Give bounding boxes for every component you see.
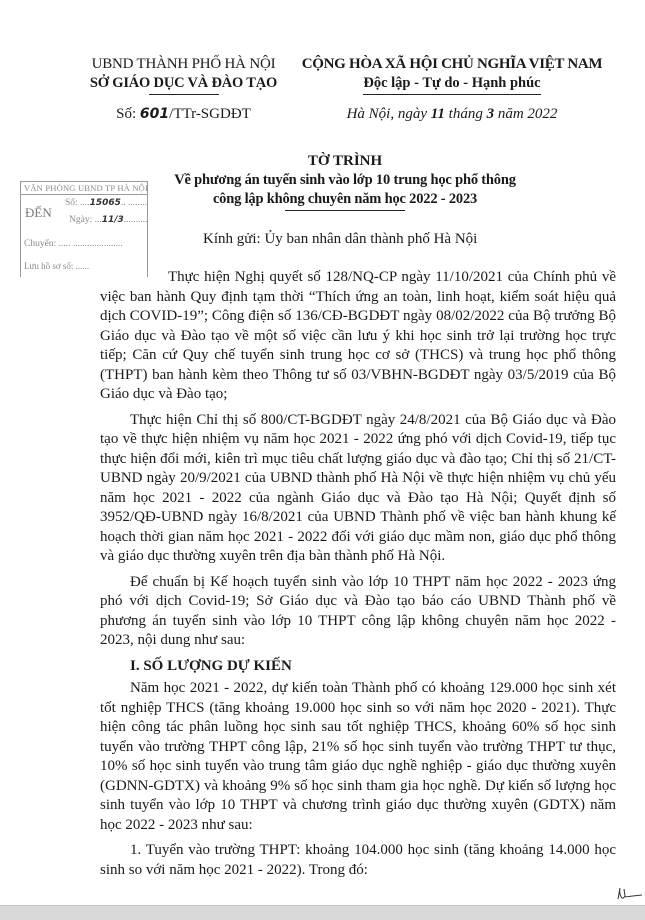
document-body: Thực hiện Nghị quyết số 128/NQ-CP ngày 1…: [100, 268, 616, 886]
body-paragraph: Để chuẩn bị Kế hoạch tuyển sinh vào lớp …: [100, 573, 616, 651]
viewer-bottom-bar: [0, 905, 645, 920]
issuing-agency-block: UBND THÀNH PHỐ HÀ NỘI SỞ GIÁO DỤC VÀ ĐÀO…: [86, 55, 281, 123]
stamp-body: ĐẾN Số: ....15065.. ........ Ngày: ...11…: [20, 195, 148, 277]
date-month: 3: [487, 106, 495, 122]
section-paragraph: Năm học 2021 - 2022, dự kiến toàn Thành …: [100, 679, 616, 835]
body-paragraph: Thực hiện Chỉ thị số 800/CT-BGDĐT ngày 2…: [100, 411, 616, 567]
subject-line-2: công lập không chuyên năm học 2022 - 202…: [150, 190, 540, 209]
incoming-document-stamp: VĂN PHÒNG UBND TP HÀ NỘI ĐẾN Số: ....150…: [20, 181, 148, 281]
document-number: Số: 601/TTr-SGDĐT: [86, 106, 281, 123]
stamp-number-label: Số: ....: [65, 198, 90, 208]
section-paragraph: 1. Tuyển vào trường THPT: khoảng 104.000…: [100, 841, 616, 880]
stamp-office: VĂN PHÒNG UBND TP HÀ NỘI: [20, 181, 148, 195]
stamp-number: Số: ....15065.. ........: [65, 198, 147, 208]
number-handwritten: 601: [140, 106, 169, 122]
stamp-den-label: ĐẾN: [25, 205, 52, 221]
document-type: TỜ TRÌNH: [150, 152, 540, 171]
country-name: CỘNG HÒA XÃ HỘI CHỦ NGHĨA VIỆT NAM: [292, 55, 612, 74]
stamp-filing: Lưu hồ sơ số: ......: [24, 261, 89, 271]
section-heading: I. SỐ LƯỢNG DỰ KIẾN: [130, 657, 616, 677]
national-motto: Độc lập - Tự do - Hạnh phúc: [363, 74, 540, 95]
date-day: 11: [431, 106, 445, 122]
body-paragraph: Thực hiện Nghị quyết số 128/NQ-CP ngày 1…: [100, 268, 616, 405]
date-prefix: Hà Nội, ngày: [347, 106, 427, 122]
stamp-date-value: 11/3: [102, 215, 124, 225]
issuing-department: SỞ GIÁO DỤC VÀ ĐÀO TẠO: [86, 74, 281, 93]
parent-agency: UBND THÀNH PHỐ HÀ NỘI: [86, 55, 281, 74]
date-month-label: tháng: [449, 106, 483, 122]
date-year: năm 2022: [498, 106, 558, 122]
recipient-line: Kính gửi: Ủy ban nhân dân thành phố Hà N…: [203, 231, 477, 248]
stamp-forward: Chuyển: ..... .....................: [24, 239, 123, 249]
agency-underline: [149, 94, 219, 95]
stamp-date-label: Ngày: ...: [69, 215, 102, 225]
stamp-date: Ngày: ...11/3..........: [69, 215, 148, 225]
document-date: Hà Nội, ngày 11 tháng 3 năm 2022: [292, 106, 612, 123]
title-underline: [285, 210, 405, 211]
stamp-date-trail: ..........: [124, 215, 148, 225]
document-page: UBND THÀNH PHỐ HÀ NỘI SỞ GIÁO DỤC VÀ ĐÀO…: [0, 0, 645, 905]
national-header-block: CỘNG HÒA XÃ HỘI CHỦ NGHĨA VIỆT NAM Độc l…: [292, 55, 612, 123]
subject-line-1: Về phương án tuyển sinh vào lớp 10 trung…: [150, 171, 540, 190]
stamp-number-trail: .. ........: [121, 198, 147, 208]
number-suffix: /TTr-SGDĐT: [169, 106, 251, 122]
number-prefix: Số:: [116, 106, 136, 122]
stamp-number-value: 15065: [90, 198, 121, 208]
signature-initials-icon: [615, 886, 643, 900]
document-title-block: TỜ TRÌNH Về phương án tuyển sinh vào lớp…: [150, 152, 540, 211]
